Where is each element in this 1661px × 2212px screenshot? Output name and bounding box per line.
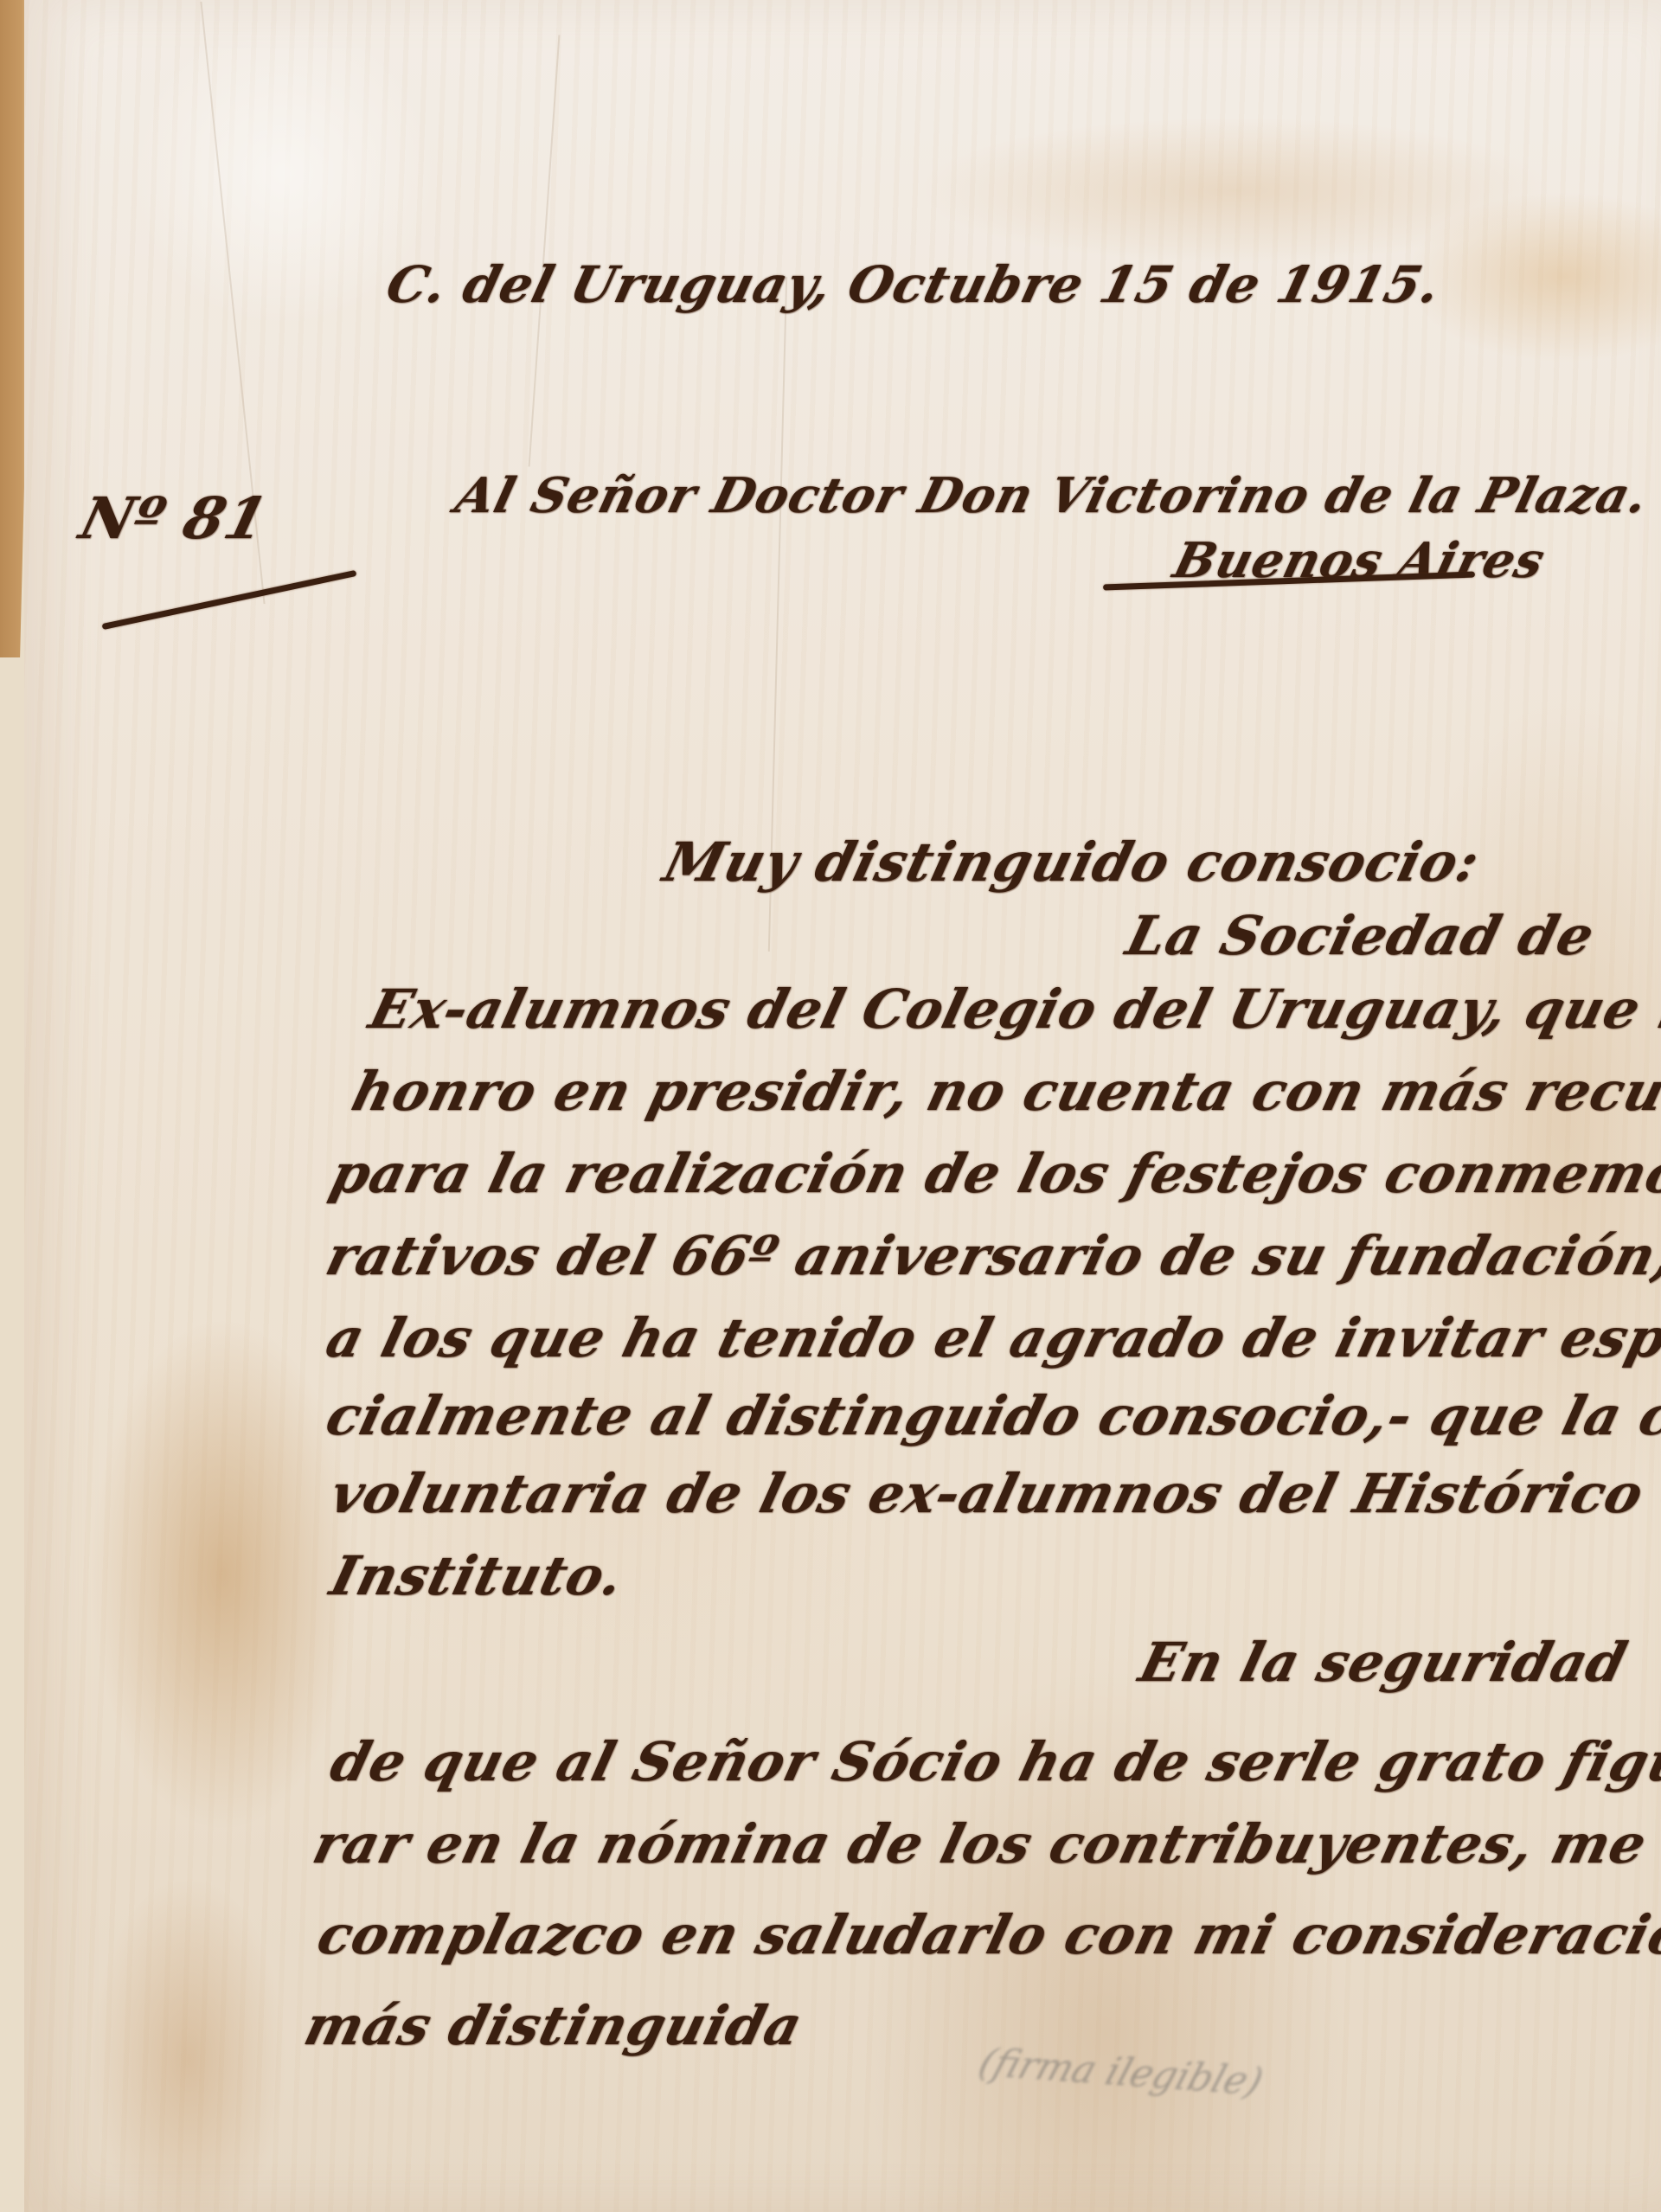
body-line: Ex-alumnos del Colegio del Uruguay, que …	[363, 978, 1661, 1041]
paper-crease	[529, 35, 561, 467]
body-line: honro en presidir, no cuenta con más rec…	[346, 1060, 1661, 1123]
salutation: Muy distinguido consocio:	[657, 830, 1486, 894]
body-line: Instituto.	[324, 1544, 631, 1607]
body-line: complazco en saludarlo con mi considerac…	[311, 1903, 1661, 1966]
body-line: de que al Señor Sócio ha de serle grato …	[324, 1730, 1661, 1793]
body-line: rativos del 66º aniversario de su fundac…	[320, 1224, 1661, 1287]
reference-number: Nº 81	[74, 484, 275, 552]
place-date: C. del Uruguay, Octubre 15 de 1915.	[381, 255, 1447, 314]
addressee-line: Al Señor Doctor Don Victorino de la Plaz…	[450, 467, 1654, 524]
body-line: más distinguida	[298, 1994, 809, 2057]
body-line: La Sociedad de	[1120, 904, 1601, 967]
body-line: En la seguridad	[1133, 1631, 1633, 1694]
body-line: voluntaria de los ex-alumnos del Históri…	[324, 1462, 1661, 1525]
body-line: a los que ha tenido el agrado de invitar…	[320, 1306, 1661, 1369]
body-line: para la realización de los festejos conm…	[324, 1142, 1661, 1205]
body-line: cialmente al distinguido consocio,- que …	[320, 1384, 1661, 1447]
body-line: rar en la nómina de los contribuyentes, …	[307, 1812, 1653, 1875]
